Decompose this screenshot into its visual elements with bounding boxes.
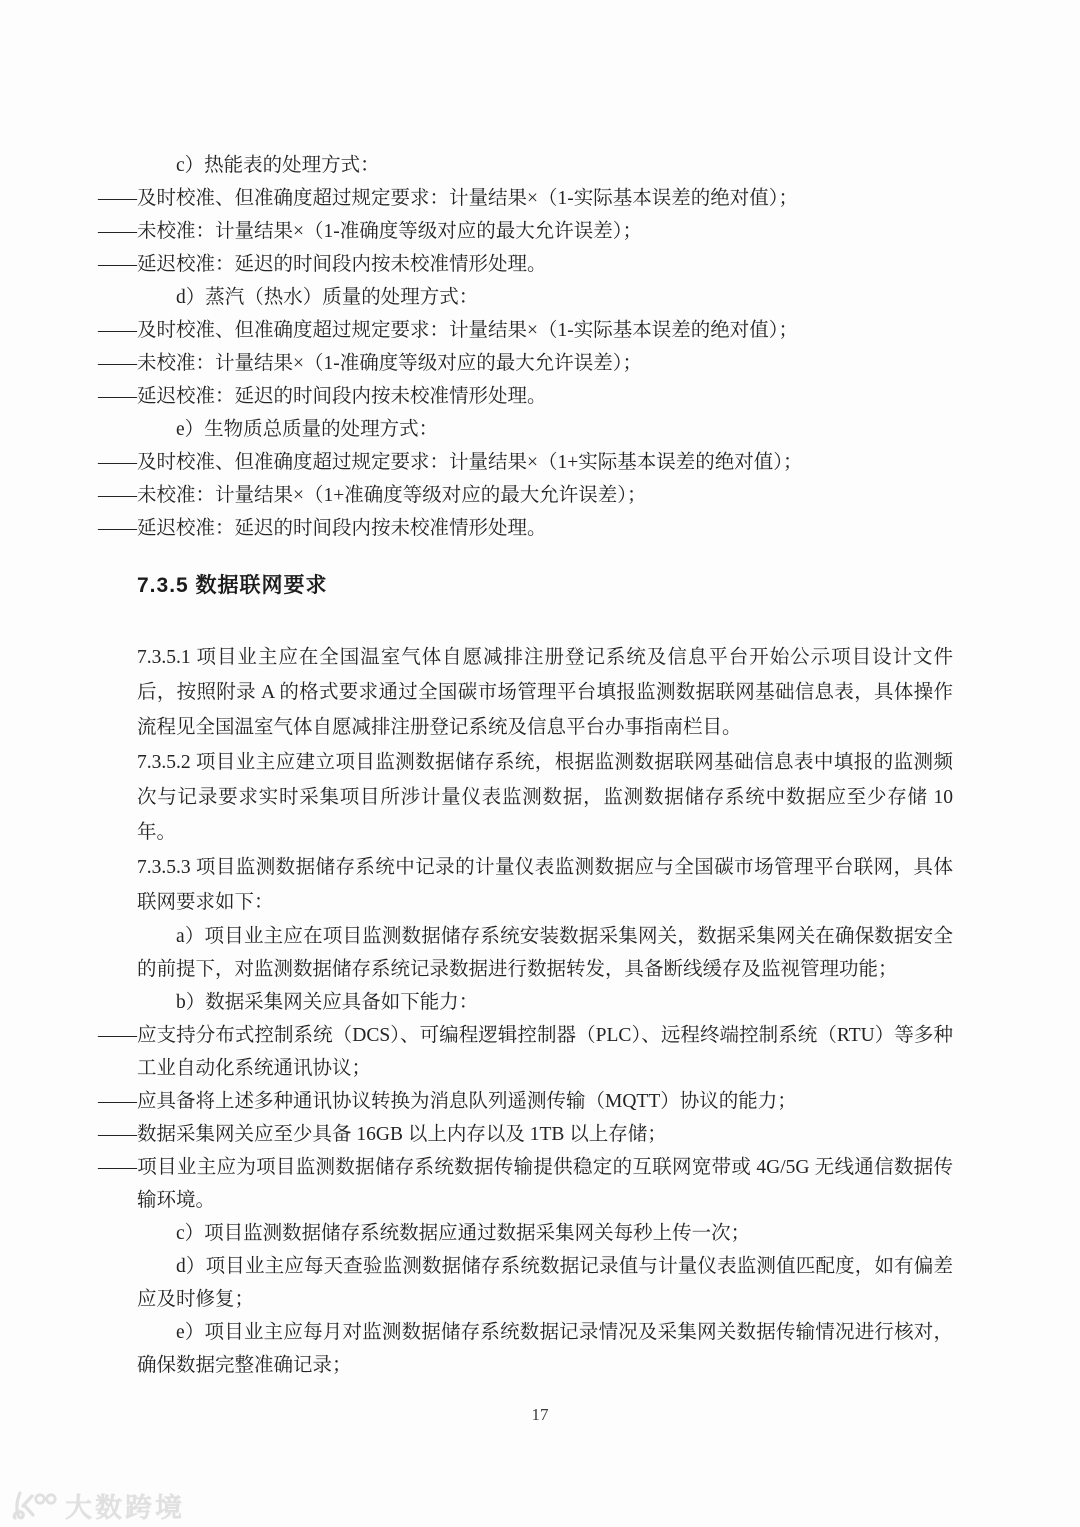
list-item-e-biomass-mass: e）生物质总质量的处理方式： — [137, 413, 953, 446]
dash-item: ——延迟校准：延迟的时间段内按未校准情形处理。 — [137, 512, 953, 545]
sub-item-b-gateway-capability: b）数据采集网关应具备如下能力： — [137, 986, 953, 1019]
sub-item-a-gateway-install: a）项目业主应在项目监测数据储存系统安装数据采集网关，数据采集网关在确保数据安全… — [137, 920, 953, 986]
sub-item-e-monthly-check: e）项目业主应每月对监测数据储存系统数据记录情况及采集网关数据传输情况进行核对，… — [137, 1316, 953, 1382]
dash-item-hardware-spec: ——数据采集网关应至少具备 16GB 以上内存以及 1TB 以上存储； — [137, 1118, 953, 1151]
dash-item-mqtt: ——应具备将上述多种通讯协议转换为消息队列遥测传输（MQTT）协议的能力； — [137, 1085, 953, 1118]
watermark-brand-text: 大数跨境 — [65, 1486, 185, 1525]
section-heading-7-3-5: 7.3.5 数据联网要求 — [137, 572, 953, 600]
sub-item-c-upload-frequency: c）项目监测数据储存系统数据应通过数据采集网关每秒上传一次； — [137, 1217, 953, 1250]
page-number: 17 — [0, 1405, 1080, 1425]
dash-item: ——未校准：计量结果×（1-准确度等级对应的最大允许误差）； — [137, 215, 953, 248]
dash-item-protocols: ——应支持分布式控制系统（DCS）、可编程逻辑控制器（PLC）、远程终端控制系统… — [137, 1019, 953, 1085]
paragraph-7-3-5-2: 7.3.5.2 项目业主应建立项目监测数据储存系统，根据监测数据联网基础信息表中… — [137, 745, 953, 850]
dash-item: ——延迟校准：延迟的时间段内按未校准情形处理。 — [137, 248, 953, 281]
page-content: c）热能表的处理方式： ——及时校准、但准确度超过规定要求：计量结果×（1-实际… — [137, 149, 953, 1382]
dash-item: ——延迟校准：延迟的时间段内按未校准情形处理。 — [137, 380, 953, 413]
dash-item: ——及时校准、但准确度超过规定要求：计量结果×（1-实际基本误差的绝对值）； — [137, 182, 953, 215]
dash-item: ——未校准：计量结果×（1+准确度等级对应的最大允许误差）； — [137, 479, 953, 512]
dash-item: ——及时校准、但准确度超过规定要求：计量结果×（1-实际基本误差的绝对值）； — [137, 314, 953, 347]
document-page: c）热能表的处理方式： ——及时校准、但准确度超过规定要求：计量结果×（1-实际… — [0, 0, 1080, 1527]
dash-item: ——未校准：计量结果×（1-准确度等级对应的最大允许误差）； — [137, 347, 953, 380]
paragraph-7-3-5-3: 7.3.5.3 项目监测数据储存系统中记录的计量仪表监测数据应与全国碳市场管理平… — [137, 850, 953, 920]
sub-item-d-daily-check: d）项目业主应每天查验监测数据储存系统数据记录值与计量仪表监测值匹配度，如有偏差… — [137, 1250, 953, 1316]
dash-item-network-env: ——项目业主应为项目监测数据储存系统数据传输提供稳定的互联网宽带或 4G/5G … — [137, 1151, 953, 1217]
list-item-c-thermal-meter: c）热能表的处理方式： — [137, 149, 953, 182]
dash-item: ——及时校准、但准确度超过规定要求：计量结果×（1+实际基本误差的绝对值）； — [137, 446, 953, 479]
watermark: 大数跨境 — [10, 1486, 185, 1525]
paragraph-7-3-5-1: 7.3.5.1 项目业主应在全国温室气体自愿减排注册登记系统及信息平台开始公示项… — [137, 640, 953, 745]
watermark-logo-icon — [10, 1490, 58, 1522]
list-item-d-steam-quality: d）蒸汽（热水）质量的处理方式： — [137, 281, 953, 314]
